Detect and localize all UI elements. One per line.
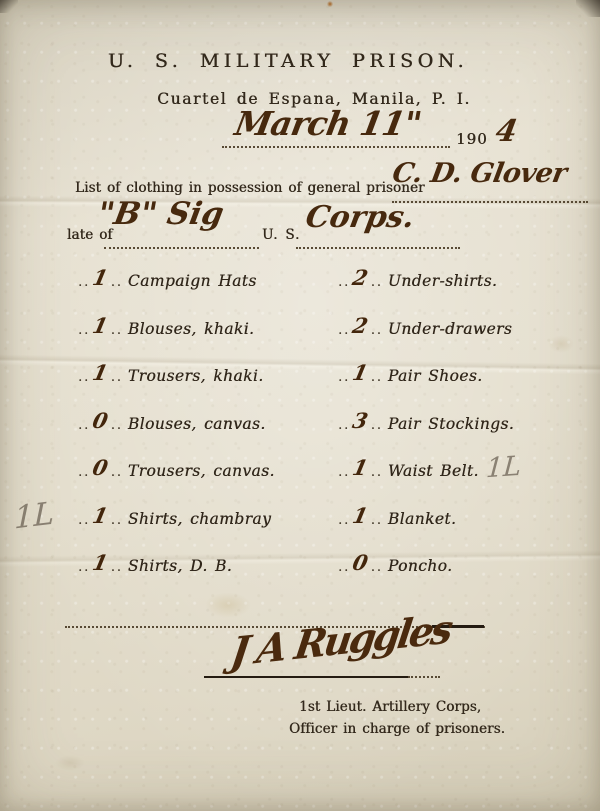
leader-dots: .. [78,417,90,433]
item-quantity: 1 [90,265,110,290]
officer-rank-line: 1st Lieut. Artillery Corps, [299,699,481,715]
photo-corner-shadow [576,0,600,17]
officer-role-line: Officer in charge of prisoners. [289,721,505,737]
leader-dots: .. [338,512,350,528]
paper-stain [55,755,85,771]
handwritten-date: March 11" [232,104,424,143]
corps-rule [296,247,460,249]
officer-signature-handwritten: J A Ruggles [228,606,453,676]
leader-dots: .. [78,559,90,575]
leader-dots: .. [371,322,383,338]
item-label: Pair Shoes. [388,367,483,385]
clothing-item-row: ..1..Blouses, khaki. [78,314,254,339]
clothing-item-row: ..1..Pair Shoes. [338,361,483,386]
item-label: Trousers, canvas. [128,462,275,480]
us-label: U. S. [262,227,300,243]
item-quantity: 1 [90,503,110,528]
clothing-item-row: ..0..Trousers, canvas. [78,456,275,481]
item-label: Under-drawers [388,320,512,338]
signature-rule-dotted-end [408,676,440,678]
item-quantity: 0 [90,408,110,433]
leader-dots: .. [371,417,383,433]
leader-dots: .. [338,274,350,290]
leader-dots: .. [78,369,90,385]
item-label: Shirts, D. B. [128,557,232,575]
item-label: Pair Stockings. [388,415,514,433]
item-label: Under-shirts. [388,272,497,290]
unit-rule [104,247,259,249]
signature-rule [204,676,408,678]
item-quantity: 1 [90,313,110,338]
leader-dots: .. [78,274,90,290]
item-label: Blouses, canvas. [128,415,266,433]
leader-dots: .. [111,417,123,433]
paper-stain [327,1,333,7]
item-label: Blouses, khaki. [128,320,255,338]
date-line-rule [222,146,450,148]
clothing-item-row: ..1..Waist Belt. [338,456,479,481]
item-label: Blanket. [388,510,457,528]
leader-dots: .. [111,274,123,290]
leader-dots: .. [338,559,350,575]
item-label: Shirts, chambray [128,510,271,528]
printed-year: 190 [456,130,488,148]
leader-dots: .. [111,559,123,575]
clothing-item-row: ..2..Under-drawers [338,314,512,339]
pencil-note-margin: 1L [14,495,55,536]
clothing-item-row: ..3..Pair Stockings. [338,409,514,434]
corps-handwritten: Corps. [303,200,417,235]
item-quantity: 1 [350,455,370,480]
leader-dots: .. [371,512,383,528]
leader-dots: .. [371,559,383,575]
item-quantity: 3 [350,408,370,433]
item-label: Poncho. [388,557,453,575]
item-quantity: 0 [350,550,370,575]
leader-dots: .. [371,274,383,290]
item-label: Trousers, khaki. [128,367,264,385]
leader-dots: .. [371,369,383,385]
leader-dots: .. [338,322,350,338]
unit-handwritten: "B" Sig [95,196,226,232]
item-quantity: 2 [350,313,370,338]
leader-dots: .. [338,417,350,433]
paper-stain [205,592,251,618]
item-quantity: 1 [90,550,110,575]
item-quantity: 0 [90,455,110,480]
leader-dots: .. [78,512,90,528]
clothing-item-row: ..1..Blanket. [338,504,456,529]
form-title: U. S. MILITARY PRISON. [0,50,588,72]
item-label: Campaign Hats [128,272,257,290]
item-quantity: 2 [350,265,370,290]
item-quantity: 1 [350,360,370,385]
item-quantity: 1 [350,503,370,528]
clothing-item-row: ..1..Shirts, chambray [78,504,271,529]
leader-dots: .. [111,322,123,338]
item-quantity: 1 [90,360,110,385]
leader-dots: .. [371,464,383,480]
leader-dots: .. [338,464,350,480]
photo-corner-shadow [0,0,18,13]
prison-form-scan: U. S. MILITARY PRISON. Cuartel de Espana… [0,0,600,811]
leader-dots: .. [111,512,123,528]
handwritten-year-digit: 4 [493,114,520,149]
prisoner-name-rule [392,201,588,203]
leader-dots: .. [78,322,90,338]
clothing-item-row: ..2..Under-shirts. [338,266,497,291]
leader-dots: .. [338,369,350,385]
leader-dots: .. [111,464,123,480]
pencil-note-waist-belt: 1L [485,451,522,485]
leader-dots: .. [111,369,123,385]
prisoner-label: List of clothing in possession of genera… [75,180,425,196]
clothing-item-row: ..1..Shirts, D. B. [78,551,232,576]
clothing-item-row: ..1..Campaign Hats [78,266,257,291]
item-label: Waist Belt. [388,462,479,480]
clothing-item-row: ..0..Poncho. [338,551,452,576]
prisoner-name-handwritten: C. D. Glover [390,158,569,189]
leader-dots: .. [78,464,90,480]
paper-stain [548,335,574,353]
clothing-item-row: ..0..Blouses, canvas. [78,409,266,434]
clothing-item-row: ..1..Trousers, khaki. [78,361,264,386]
